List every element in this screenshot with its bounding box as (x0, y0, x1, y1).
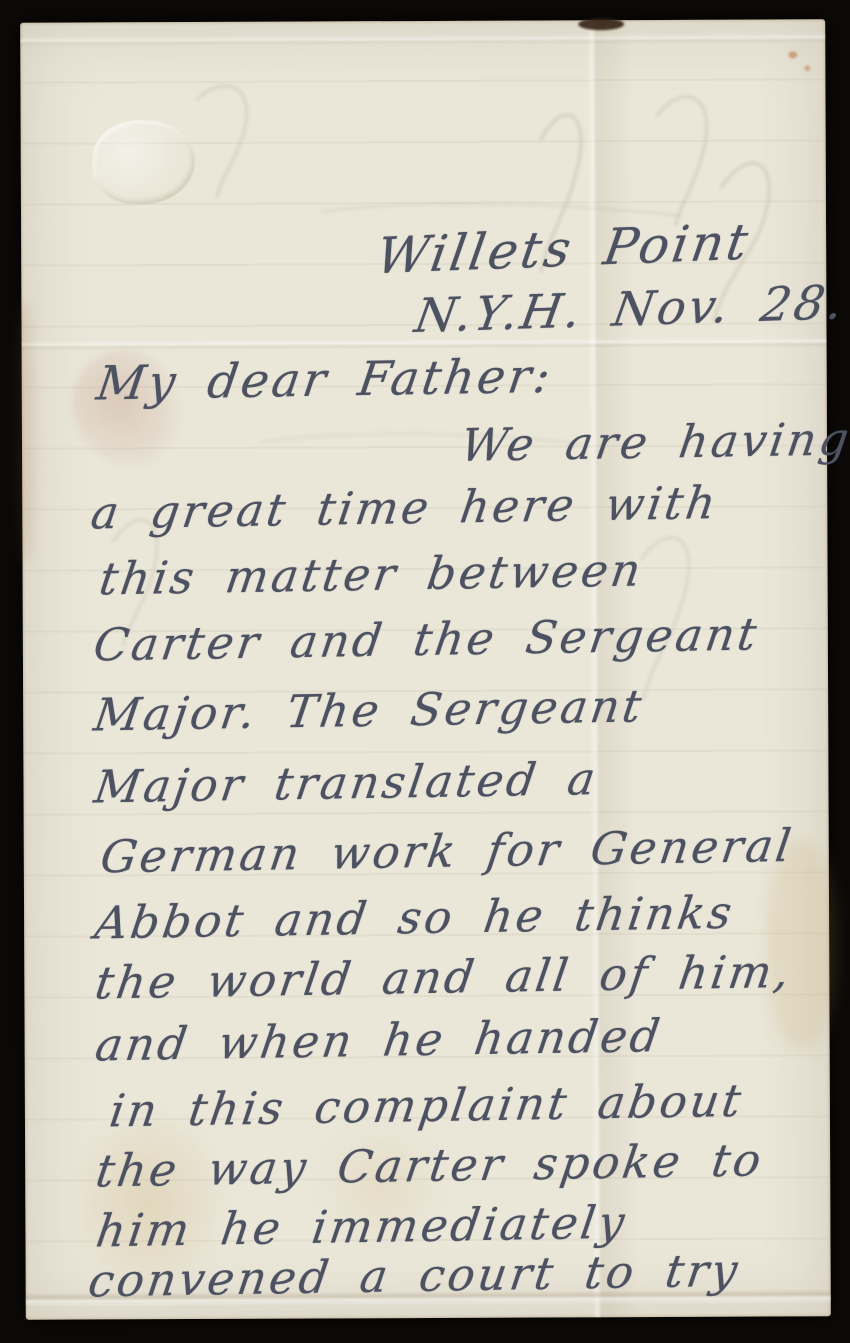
salutation: My dear Father: (94, 353, 556, 408)
letter-line: We are having (458, 416, 850, 467)
date-line: N.Y.H. Nov. 28. (412, 279, 850, 340)
letter-line: Major translated a (92, 756, 601, 809)
letter-line: a great time here with (88, 480, 721, 535)
letter-line: this matter between (97, 547, 647, 601)
letter-line: convened a court to try (86, 1248, 743, 1304)
letter-paper: Willets Point N.Y.H. Nov. 28. My dear Fa… (20, 19, 831, 1320)
letter-line: in this complaint about (107, 1078, 747, 1134)
photo-background: Willets Point N.Y.H. Nov. 28. My dear Fa… (0, 0, 850, 1343)
letter-line: Abbot and so he thinks (92, 890, 737, 946)
letter-line: Major. The Sergeant (91, 683, 647, 737)
letter-line: the world and all of him, (92, 949, 795, 1006)
letter-line: German work for General (98, 823, 797, 879)
letter-line: and when he handed (93, 1013, 666, 1067)
letter-line: him he immediately (94, 1200, 631, 1254)
place-line: Willets Point (373, 217, 754, 282)
letter-line: the way Carter spoke to (93, 1137, 766, 1193)
letter-line: Carter and the Sergeant (91, 611, 762, 667)
